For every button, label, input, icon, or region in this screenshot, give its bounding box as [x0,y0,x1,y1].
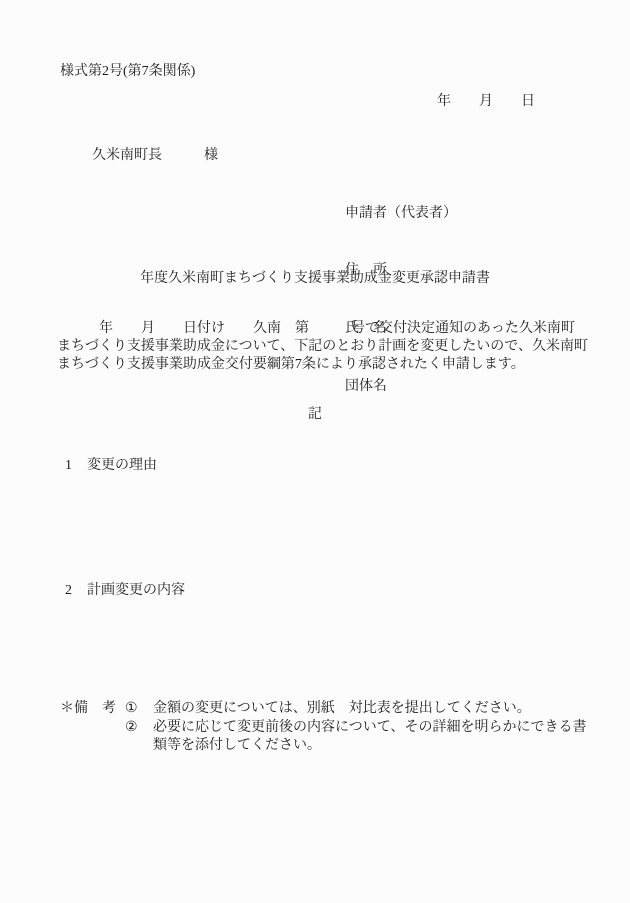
remark-marker: ② [125,719,153,756]
form-number-label: 様式第2号(第7条関係) [60,64,195,79]
document-title: 年度久米南町まちづくり支援事業助成金変更承認申請書 [0,271,630,286]
addressee-honorific: 様 [204,148,218,163]
applicant-heading: 申請者（代表者） [345,204,457,223]
section-plan-change-details: 2 計画変更の内容 [65,583,185,598]
applicant-group-label: 団体名 [345,377,457,396]
addressee-name: 久米南町長 [92,148,162,163]
remark-text: 金額の変更については、別紙 対比表を提出してください。 [153,700,531,719]
addressee-line: 久米南町長様 [78,133,218,178]
record-marker: 記 [0,407,630,422]
section-title: 変更の理由 [87,458,157,473]
remarks-label: ＊備 考 [60,700,116,756]
remarks-block: ＊備 考 ① 金額の変更については、別紙 対比表を提出してください。 ② 必要に… [60,700,586,756]
applicant-block: 申請者（代表者） 住 所 氏 名 団体名 [345,165,457,435]
remarks-items: ① 金額の変更については、別紙 対比表を提出してください。 ② 必要に応じて変更… [125,700,586,756]
remark-marker: ① [125,700,153,719]
date-line: 年 月 日 [437,94,535,109]
section-number: 1 [65,458,79,473]
section-title: 計画変更の内容 [87,583,185,598]
document-page: 様式第2号(第7条関係) 年 月 日 久米南町長様 申請者（代表者） 住 所 氏… [0,0,630,903]
section-change-reason: 1 変更の理由 [65,458,157,473]
remark-text: 必要に応じて変更前後の内容について、その詳細を明らかにできる書 類等を添付してく… [153,719,586,756]
section-number: 2 [65,583,79,598]
body-paragraph: 年 月 日付け 久南 第 号で交付決定通知のあった久米南町 まちづくり支援事業助… [57,320,617,375]
remark-item: ② 必要に応じて変更前後の内容について、その詳細を明らかにできる書 類等を添付し… [125,719,586,756]
remark-item: ① 金額の変更については、別紙 対比表を提出してください。 [125,700,586,719]
